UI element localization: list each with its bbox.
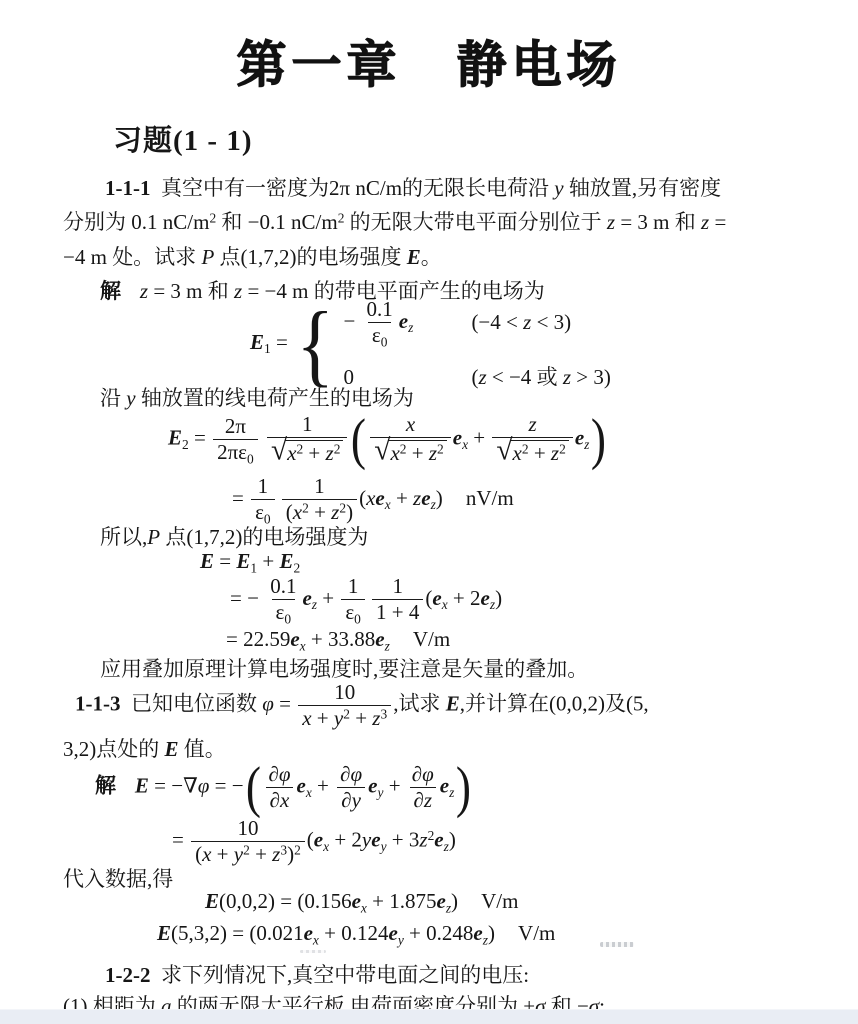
page-bottom-edge bbox=[0, 1009, 858, 1024]
equation-e1-piecewise: E1 = {− 0.1ε0ez(−4 < z < 3)0(z < −4 或 z … bbox=[250, 297, 611, 391]
equation-gradient-line-1: 解E = −∇φ = −(∂φ∂xex + ∂φ∂yey + ∂φ∂zez) bbox=[95, 762, 473, 813]
substitute-data-text: 代入数据,得 bbox=[63, 866, 173, 893]
line-charge-field-text: 沿 y 轴放置的线电荷产生的电场为 bbox=[100, 385, 414, 412]
textbook-page: 第一章 静电场 习题(1 - 1) 1-1-1 真空中有一密度为2π nC/m的… bbox=[0, 0, 858, 1024]
problem-1-2-2-line-1: 1-2-2 求下列情况下,真空中带电面之间的电压: bbox=[105, 962, 529, 989]
problem-1-1-1-line-3: −4 m 处。试求 P 点(1,7,2)的电场强度 E。 bbox=[63, 244, 442, 271]
scan-artifact bbox=[600, 942, 634, 947]
exercise-heading: 习题(1 - 1) bbox=[113, 118, 252, 159]
equation-gradient-line-2: = 10(x + y2 + z3)2(ex + 2yey + 3z2ez) bbox=[172, 816, 456, 867]
problem-1-1-3-line-1: 1-1-3 已知电位函数 φ = 10x + y2 + z3,试求 E,并计算在… bbox=[75, 680, 649, 731]
problem-1-1-3-line-2: 3,2)点处的 E 值。 bbox=[63, 736, 226, 763]
equation-e-value-2: E(5,3,2) = (0.021ex + 0.124ey + 0.248ez)… bbox=[157, 920, 555, 947]
equation-e-sum-line-1: E = E1 + E2 bbox=[200, 548, 300, 575]
equation-e-sum-result: = 22.59ex + 33.88ezV/m bbox=[226, 626, 450, 653]
equation-e2-line-2: = 1ε01(x2 + z2)(xex + zez)nV/m bbox=[232, 474, 514, 526]
equation-e-value-1: E(0,0,2) = (0.156ex + 1.875ez)V/m bbox=[205, 888, 518, 915]
scan-artifact bbox=[300, 950, 326, 953]
problem-1-1-1-line-2: 分别为 0.1 nC/m2 和 −0.1 nC/m2 的无限大带电平面分别位于 … bbox=[63, 209, 726, 236]
equation-e-sum-line-2: = − 0.1ε0ez + 1ε011 + 4(ex + 2ez) bbox=[230, 574, 502, 626]
equation-e2-line-1: E2 = 2π2πε01√x2 + z2(x√x2 + z2ex + z√x2 … bbox=[168, 412, 608, 468]
chapter-title: 第一章 静电场 bbox=[0, 34, 858, 96]
problem-1-1-1-line-1: 1-1-1 真空中有一密度为2π nC/m的无限长电荷沿 y 轴放置,另有密度 bbox=[105, 175, 721, 202]
